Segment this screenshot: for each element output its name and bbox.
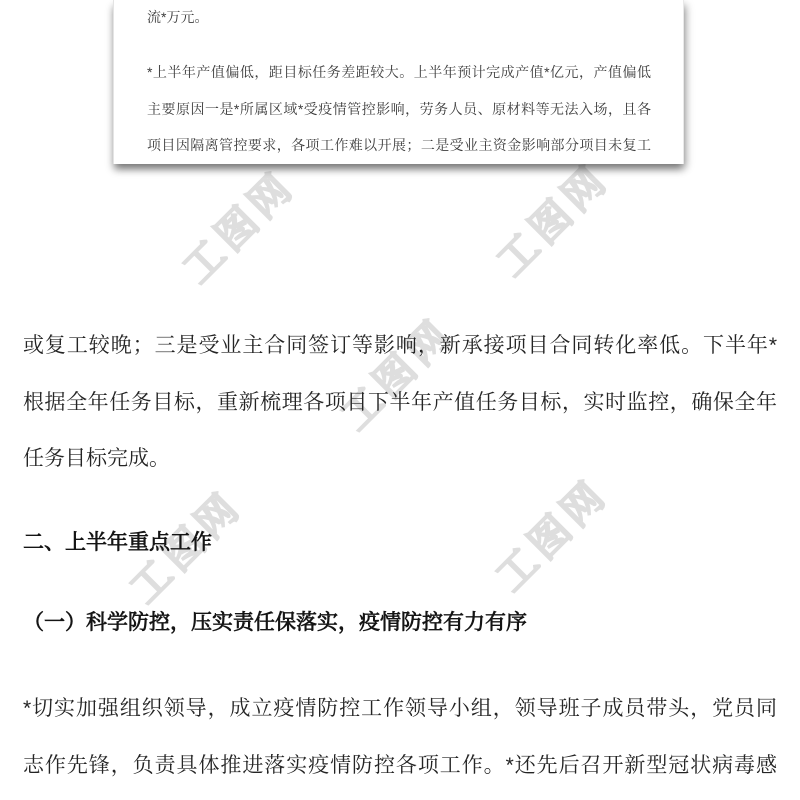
body-line: 任务目标完成。 [23,444,777,473]
page-line: 主要原因一是*所属区域*受疫情管控影响，劳务人员、原材料等无法入场，且各 [147,100,651,119]
document-canvas: 工图网 工图网 工图网 工图网 工图网 流*万元。 *上半年产值偏低，距目标任务… [0,0,800,800]
body-line: 根据全年任务目标，重新梳理各项目下半年产值任务目标，实时监控，确保全年 [23,388,777,417]
body-line: *切实加强组织领导，成立疫情防控工作领导小组，领导班子成员带头，党员同 [23,694,777,723]
subsection-heading: （一）科学防控，压实责任保落实，疫情防控有力有序 [23,608,777,637]
page-line: 项目因隔离管控要求，各项工作难以开展；二是受业主资金影响部分项目未复工 [147,136,651,155]
watermark-text: 工图网 [168,156,306,294]
page-line: *上半年产值偏低，距目标任务差距较大。上半年预计完成产值*亿元，产值偏低 [147,63,651,82]
body-line: 或复工较晚；三是受业主合同签订等影响，新承接项目合同转化率低。下半年* [23,331,777,360]
body-line: 志作先锋，负责具体推进落实疫情防控各项工作。*还先后召开新型冠状病毒感 [23,751,777,780]
watermark-text: 工图网 [482,149,620,287]
page-line: 流*万元。 [147,8,651,27]
watermark-text: 工图网 [326,303,464,441]
section-heading: 二、上半年重点工作 [23,528,777,557]
page-preview: 流*万元。 *上半年产值偏低，距目标任务差距较大。上半年预计完成产值*亿元，产值… [113,0,684,164]
